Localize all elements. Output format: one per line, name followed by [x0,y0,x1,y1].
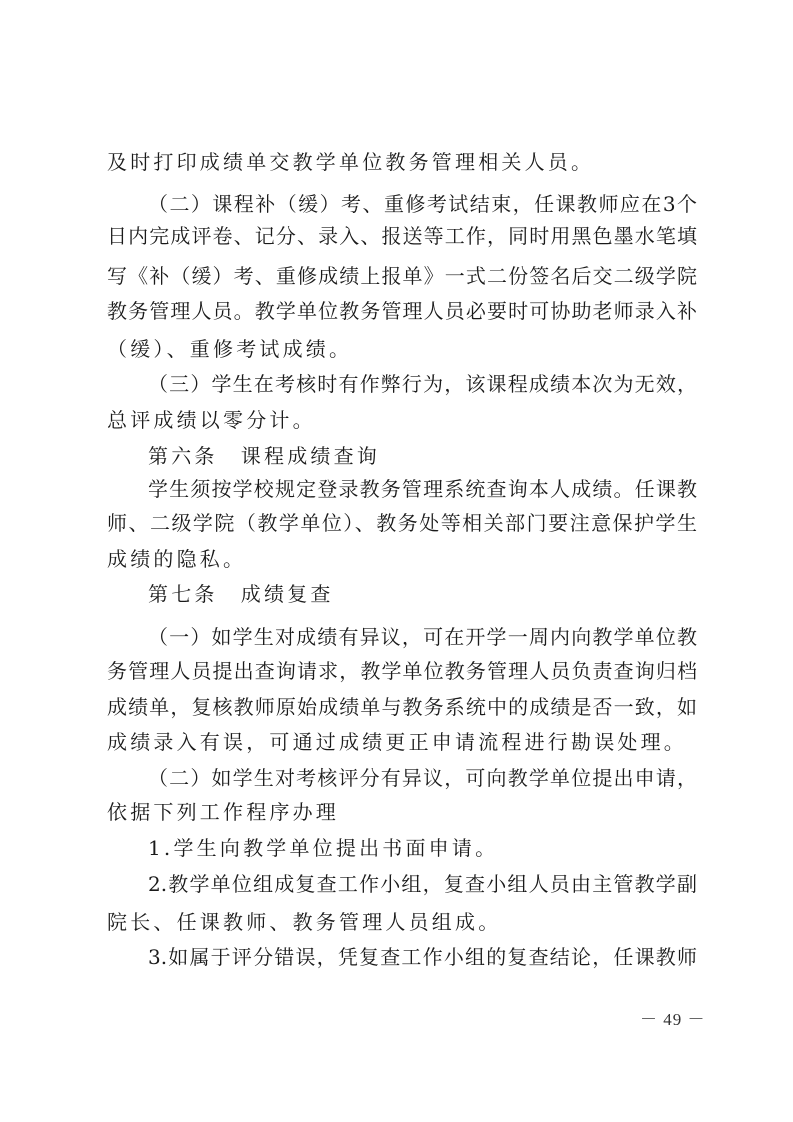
text-line: （二）课程补（缓）考、重修考试结束，任课教师应在3个 [148,192,697,216]
text-line: （一）如学生对成绩有异议，可在开学一周内向教学单位教 [148,625,697,649]
text-line: 1.学生向教学单位提出书面申请。 [148,836,697,860]
text-line: 师、二级学院（教学单位）、教务处等相关部门要注意保护学生 [107,511,697,535]
text-line: 成绩录入有误，可通过成绩更正申请流程进行勘误处理。 [107,730,697,754]
text-line: 成绩单，复核教师原始成绩单与教务系统中的成绩是否一致，如 [107,695,697,719]
text-line: 依据下列工作程序办理 [107,800,697,824]
text-line: 3.如属于评分错误，凭复查工作小组的复查结论，任课教师 [148,945,697,969]
text-line: 及时打印成绩单交教学单位教务管理相关人员。 [107,150,697,174]
document-page: 及时打印成绩单交教学单位教务管理相关人员。（二）课程补（缓）考、重修考试结束，任… [0,0,793,1122]
text-line: 第七条 成绩复查 [148,582,697,606]
text-line: （二）如学生对考核评分有异议，可向教学单位提出申请， [148,766,697,790]
text-line: 2.教学单位组成复查工作小组，复查小组人员由主管教学副 [148,872,697,896]
text-line: 总评成绩以零分计。 [107,408,697,432]
text-line: 教务管理人员。教学单位教务管理人员必要时可协助老师录入补 [107,299,697,323]
page-number: － 49 － [640,1010,706,1030]
text-line: （缓）、重修考试成绩。 [107,337,697,361]
text-line: 务管理人员提出查询请求，教学单位教务管理人员负责查询归档 [107,659,697,683]
text-line: 日内完成评卷、记分、录入、报送等工作，同时用黑色墨水笔填 [107,224,697,248]
text-line: （三）学生在考核时有作弊行为，该课程成绩本次为无效， [148,372,697,396]
text-line: 写《补（缓）考、重修成绩上报单》一式二份签名后交二级学院 [107,264,697,288]
text-line: 院长、任课教师、教务管理人员组成。 [107,910,697,934]
text-line: 成绩的隐私。 [107,547,697,571]
text-line: 学生须按学校规定登录教务管理系统查询本人成绩。任课教 [148,477,697,501]
text-line: 第六条 课程成绩查询 [148,444,697,468]
